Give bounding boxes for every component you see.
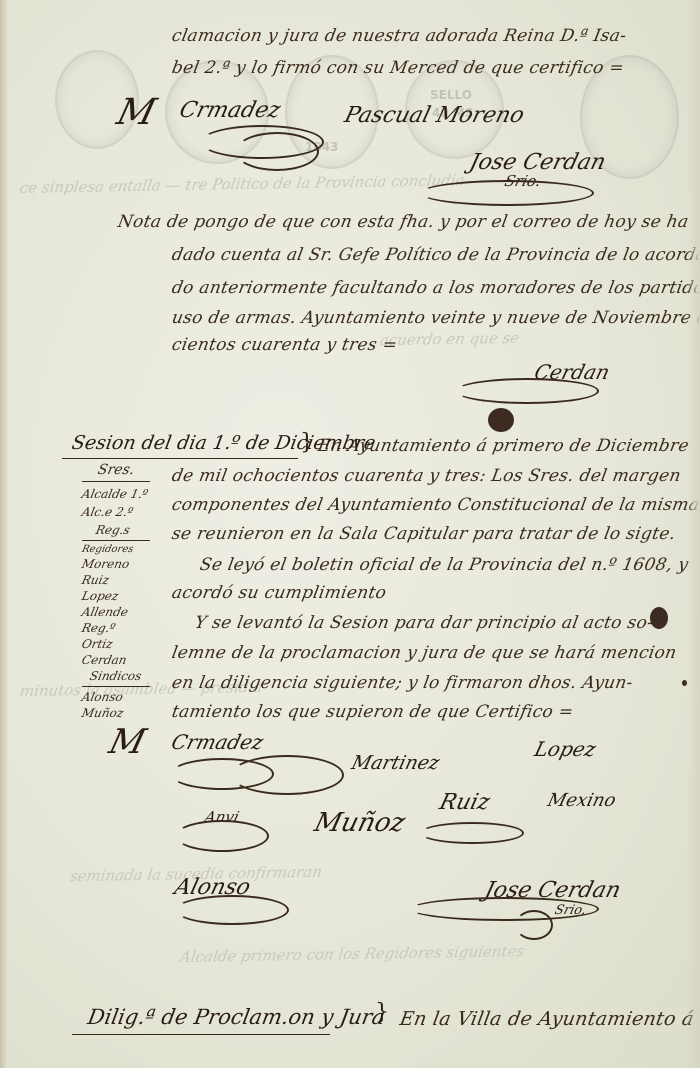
signature-munoz: Muñoz bbox=[311, 808, 408, 838]
signature-flourish bbox=[455, 378, 599, 404]
bleed-through-text: ce sinplesa entalla — tre Politico de la… bbox=[19, 171, 466, 197]
signature-flourish bbox=[175, 820, 269, 852]
ink-blot bbox=[650, 607, 668, 629]
brace: } bbox=[375, 1000, 389, 1025]
signature-flourish bbox=[175, 895, 289, 925]
session-line: lemne de la proclamacion y jura de que s… bbox=[170, 643, 678, 663]
signature-mexino: Mexino bbox=[545, 790, 618, 811]
signature-martinez: Martinez bbox=[349, 752, 442, 774]
heading-underline bbox=[72, 1034, 330, 1035]
brace: } bbox=[300, 430, 314, 455]
margin-underline bbox=[82, 686, 150, 687]
session-line: en la diligencia siguiente; y lo firmaro… bbox=[170, 673, 634, 693]
nota-line: dado cuenta al Sr. Gefe Político de la P… bbox=[170, 245, 700, 265]
margin-item: Ortiz bbox=[81, 637, 115, 651]
session-line: acordó su cumplimiento bbox=[170, 583, 388, 603]
margin-item: Reg.s bbox=[95, 523, 132, 537]
signature-flourish bbox=[410, 897, 599, 921]
signature-flourish bbox=[420, 822, 524, 844]
margin-item: Sindicos bbox=[89, 669, 143, 683]
signature-ruiz: Ruiz bbox=[437, 790, 493, 815]
session-line: Y se levantó la Sesion para dar principi… bbox=[193, 613, 655, 633]
seal-text-sello: SELLO bbox=[430, 88, 472, 102]
margin-item: Moreno bbox=[81, 557, 131, 571]
margin-item: Lopez bbox=[81, 589, 120, 603]
session-line: En Ayuntamiento á primero de Diciembre bbox=[316, 436, 690, 456]
text-line: clamacion y jura de nuestra adorada Rein… bbox=[170, 26, 628, 46]
margin-title: Sres. bbox=[96, 462, 136, 478]
signature-crmadez: Crmadez bbox=[169, 730, 266, 754]
margin-item: Alcalde 1.º bbox=[81, 487, 150, 501]
ink-blot bbox=[488, 408, 514, 432]
margin-item: Reg.º bbox=[81, 621, 117, 635]
session-line: Se leyó el boletin oficial de la Provinc… bbox=[198, 555, 690, 575]
nota-line: cientos cuarenta y tres = bbox=[170, 335, 399, 355]
margin-item: Regidores bbox=[81, 544, 135, 555]
margin-item: Alonso bbox=[81, 690, 125, 704]
ink-dot bbox=[682, 680, 687, 686]
nota-line: uso de armas. Ayuntamiento veinte y nuev… bbox=[170, 308, 700, 328]
signature-flourish bbox=[420, 180, 594, 206]
session-line: se reunieron en la Sala Capitular para t… bbox=[170, 524, 677, 544]
nota-line: Nota de pongo de que con esta fha. y por… bbox=[116, 212, 690, 232]
margin-item: Muñoz bbox=[81, 706, 125, 720]
margin-item: Allende bbox=[81, 605, 130, 619]
session-line: de mil ochocientos cuarenta y tres: Los … bbox=[170, 466, 682, 486]
bleed-through-text: Alcalde primero con los Regidores siguie… bbox=[179, 942, 526, 966]
margin-underline bbox=[82, 481, 150, 482]
margin-underline bbox=[82, 540, 150, 541]
manuscript-page: SELLO 40 MS. 1843 ce sinplesa entalla — … bbox=[0, 0, 700, 1068]
session-line: componentes del Ayuntamiento Constitucio… bbox=[170, 495, 700, 515]
margin-item: Alc.e 2.º bbox=[81, 505, 135, 519]
diligence-heading: Dilig.ª de Proclam.on y Jura bbox=[86, 1005, 387, 1029]
signature-lopez: Lopez bbox=[532, 737, 598, 761]
session-line: tamiento los que supieron de que Certifi… bbox=[170, 702, 575, 722]
margin-item: Cerdan bbox=[81, 653, 129, 667]
signature-flourish bbox=[235, 132, 319, 171]
margin-item: Ruiz bbox=[81, 573, 111, 587]
text-line: bel 2.ª y lo firmó con su Merced de que … bbox=[170, 58, 625, 78]
bleed-through-text: acuerdo en que se bbox=[379, 329, 521, 349]
signature-flourish bbox=[515, 910, 553, 940]
signature-pascual-moreno: Pascual Moreno bbox=[342, 103, 527, 128]
nota-line: do anteriormente facultando a los morado… bbox=[170, 278, 700, 298]
signature-initial: M bbox=[105, 722, 150, 762]
signature-crmadez: Crmadez bbox=[177, 98, 283, 123]
signature-flourish bbox=[230, 755, 344, 795]
footer-line: En la Villa de Ayuntamiento á bbox=[398, 1008, 696, 1030]
heading-underline bbox=[62, 458, 298, 459]
